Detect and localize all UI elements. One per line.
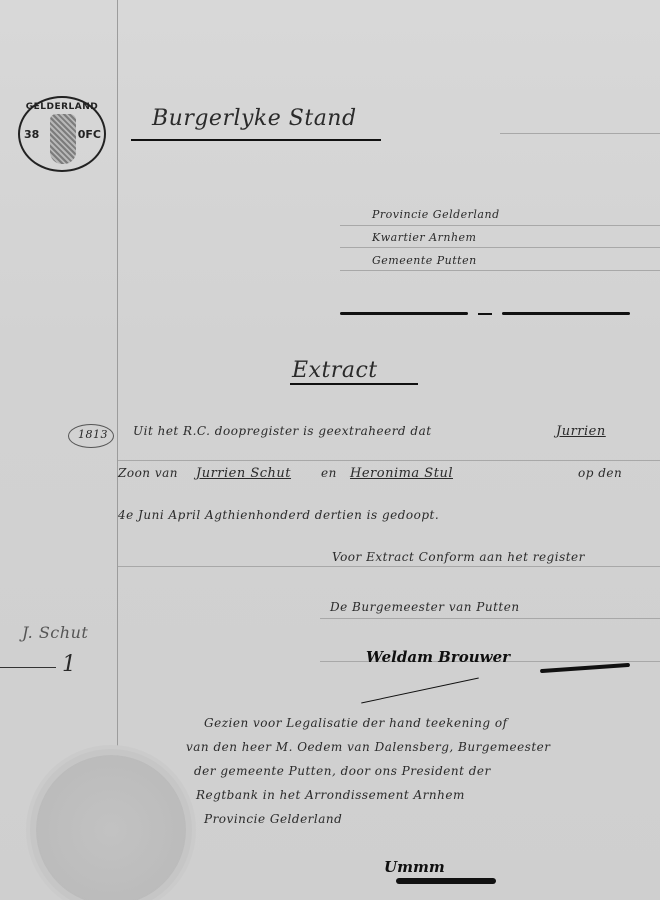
gelderland-tax-stamp: GELDERLAND 38 0FC bbox=[18, 96, 106, 172]
embossed-seal bbox=[36, 755, 186, 900]
baptism-date-line: 4e Juni April Agthienhonderd dertien is … bbox=[118, 508, 439, 522]
extract-underline bbox=[290, 383, 418, 385]
child-name: Jurrien bbox=[556, 424, 606, 439]
divider-ornament bbox=[478, 313, 492, 315]
official-title: De Burgemeester van Putten bbox=[330, 600, 520, 614]
document-header-title: Burgerlyke Stand bbox=[152, 106, 357, 131]
district-line: Kwartier Arnhem bbox=[372, 231, 476, 244]
document-page: GELDERLAND 38 0FC Burgerlyke Stand Provi… bbox=[0, 0, 660, 900]
signature-underline bbox=[396, 878, 496, 884]
president-signature: Ummm bbox=[384, 858, 445, 876]
body-line-2-prefix: Zoon van bbox=[118, 466, 178, 480]
crown-crest-icon bbox=[50, 114, 76, 164]
document-type-title: Extract bbox=[292, 358, 378, 383]
stamp-province: GELDERLAND bbox=[20, 102, 104, 112]
signature-flourish bbox=[361, 678, 479, 704]
margin-stroke bbox=[0, 667, 56, 668]
legalization-line-3: der gemeente Putten, door ons President … bbox=[194, 764, 491, 778]
legalization-line-1: Gezien voor Legalisatie der hand teekeni… bbox=[204, 716, 508, 730]
margin-mark: 1 bbox=[62, 652, 77, 677]
legalization-line-2: van den heer M. Oedem van Dalensberg, Bu… bbox=[186, 740, 551, 754]
stamp-right-value: 0FC bbox=[78, 128, 101, 141]
record-year: 1813 bbox=[78, 428, 108, 441]
ruled-line bbox=[500, 133, 660, 134]
mother-name: Heronima Stul bbox=[350, 466, 453, 481]
body-line-2-suffix: op den bbox=[578, 466, 622, 480]
stamp-left-value: 38 bbox=[24, 128, 39, 141]
burgemeester-signature: Weldam Brouwer bbox=[366, 648, 510, 666]
conformity-statement: Voor Extract Conform aan het register bbox=[332, 550, 585, 564]
divider-left bbox=[340, 312, 468, 315]
province-line: Provincie Gelderland bbox=[372, 208, 500, 221]
ruled-line bbox=[340, 247, 660, 248]
header-underline bbox=[131, 139, 381, 141]
father-name: Jurrien Schut bbox=[196, 466, 291, 481]
ruled-line bbox=[118, 566, 660, 567]
ruled-line bbox=[340, 225, 660, 226]
legalization-line-4: Regtbank in het Arrondissement Arnhem bbox=[196, 788, 465, 802]
municipality-line: Gemeente Putten bbox=[372, 254, 477, 267]
margin-signature: J. Schut bbox=[22, 623, 88, 642]
body-line-1-prefix: Uit het R.C. doopregister is geextraheer… bbox=[133, 424, 432, 438]
ruled-line bbox=[320, 618, 660, 619]
signature-flourish bbox=[540, 663, 630, 673]
connector: en bbox=[321, 466, 337, 480]
divider-right bbox=[502, 312, 630, 315]
legalization-line-5: Provincie Gelderland bbox=[204, 812, 342, 826]
ruled-line bbox=[340, 270, 660, 271]
ruled-line bbox=[118, 460, 660, 461]
